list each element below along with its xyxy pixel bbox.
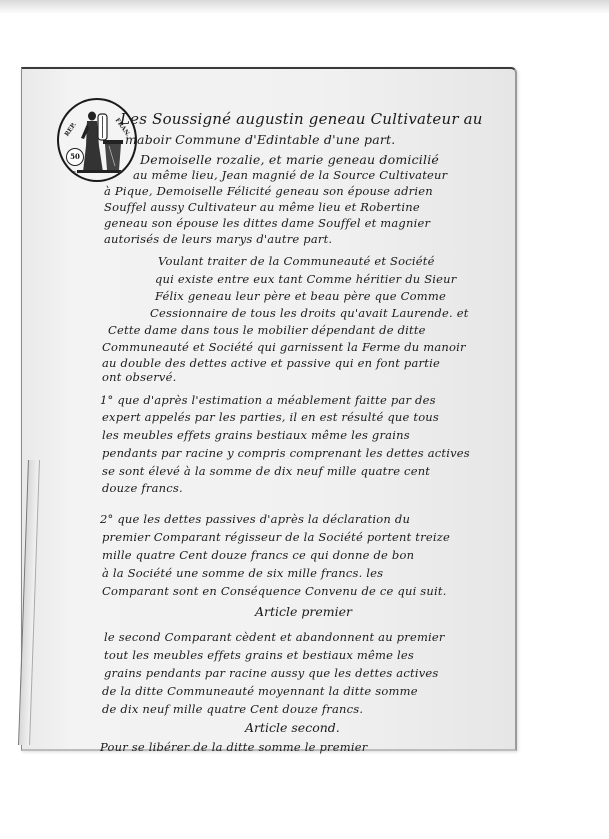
intro-line-3: Félix geneau leur père et beau père que … bbox=[155, 289, 446, 303]
point-2-line-2: premier Comparant régisseur de la Sociét… bbox=[102, 530, 450, 544]
preamble-line-1: Les Soussigné augustin geneau Cultivateu… bbox=[120, 110, 483, 128]
intro-line-8: ont observé. bbox=[102, 370, 176, 384]
preamble-line-7: geneau son épouse les dittes dame Souffe… bbox=[104, 216, 430, 230]
article-premier-line-3: grains pendants par racine aussy que les… bbox=[104, 666, 439, 680]
point-1-line-6: douze francs. bbox=[102, 481, 183, 495]
preamble-line-5: à Pique, Demoiselle Félicité geneau son … bbox=[104, 184, 433, 198]
point-2-line-1: 2° que les dettes passives d'après la dé… bbox=[100, 512, 410, 526]
scanner-edge-shadow bbox=[0, 0, 609, 14]
point-1-line-3: les meubles effets grains bestiaux même … bbox=[102, 428, 410, 442]
article-premier-line-5: de dix neuf mille quatre Cent douze fran… bbox=[102, 702, 363, 716]
article-premier-line-2: tout les meubles effets grains et bestia… bbox=[104, 648, 414, 662]
preamble-line-4: au même lieu, Jean magnié de la Source C… bbox=[133, 168, 447, 182]
article-second-line-1: Pour se libérer de la ditte somme le pre… bbox=[100, 740, 367, 754]
intro-line-6: Communeauté et Société qui garnissent la… bbox=[102, 340, 466, 354]
point-2-line-5: Comparant sont en Conséquence Convenu de… bbox=[102, 584, 447, 598]
preamble-line-8: autorisés de leurs marys d'autre part. bbox=[104, 232, 332, 246]
preamble-line-2: maboir Commune d'Edintable d'une part. bbox=[125, 132, 395, 147]
point-1-line-5: se sont élevé à la somme de dix neuf mil… bbox=[102, 464, 430, 478]
article-premier-heading: Article premier bbox=[255, 604, 352, 619]
point-2-line-3: mille quatre Cent douze francs ce qui do… bbox=[102, 548, 414, 562]
intro-line-4: Cessionnaire de tous les droits qu'avait… bbox=[150, 306, 469, 320]
point-2-line-4: à la Société une somme de six mille fran… bbox=[102, 566, 383, 580]
intro-line-1: Voulant traiter de la Communeauté et Soc… bbox=[158, 254, 435, 268]
intro-line-5: Cette dame dans tous le mobilier dépenda… bbox=[108, 323, 426, 337]
scanned-page: REP. FRAN. 50 c. Les Soussigné augustin … bbox=[0, 0, 609, 839]
stamp-value: 50 c. bbox=[66, 148, 84, 166]
preamble-line-3: Demoiselle rozalie, et marie geneau domi… bbox=[140, 152, 439, 167]
point-1-line-4: pendants par racine y compris comprenant… bbox=[102, 446, 470, 460]
intro-line-2: qui existe entre eux tant Comme héritier… bbox=[155, 272, 457, 286]
intro-line-7: au double des dettes active et passive q… bbox=[102, 356, 440, 370]
point-1-line-1: 1° que d'après l'estimation a méablement… bbox=[100, 393, 436, 407]
article-premier-line-1: le second Comparant cèdent et abandonnen… bbox=[104, 630, 445, 644]
preamble-line-6: Souffel aussy Cultivateur au même lieu e… bbox=[104, 200, 420, 214]
article-second-heading: Article second. bbox=[245, 720, 340, 735]
point-1-line-2: expert appelés par les parties, il en es… bbox=[102, 410, 439, 424]
article-premier-line-4: de la ditte Communeauté moyennant la dit… bbox=[102, 684, 418, 698]
